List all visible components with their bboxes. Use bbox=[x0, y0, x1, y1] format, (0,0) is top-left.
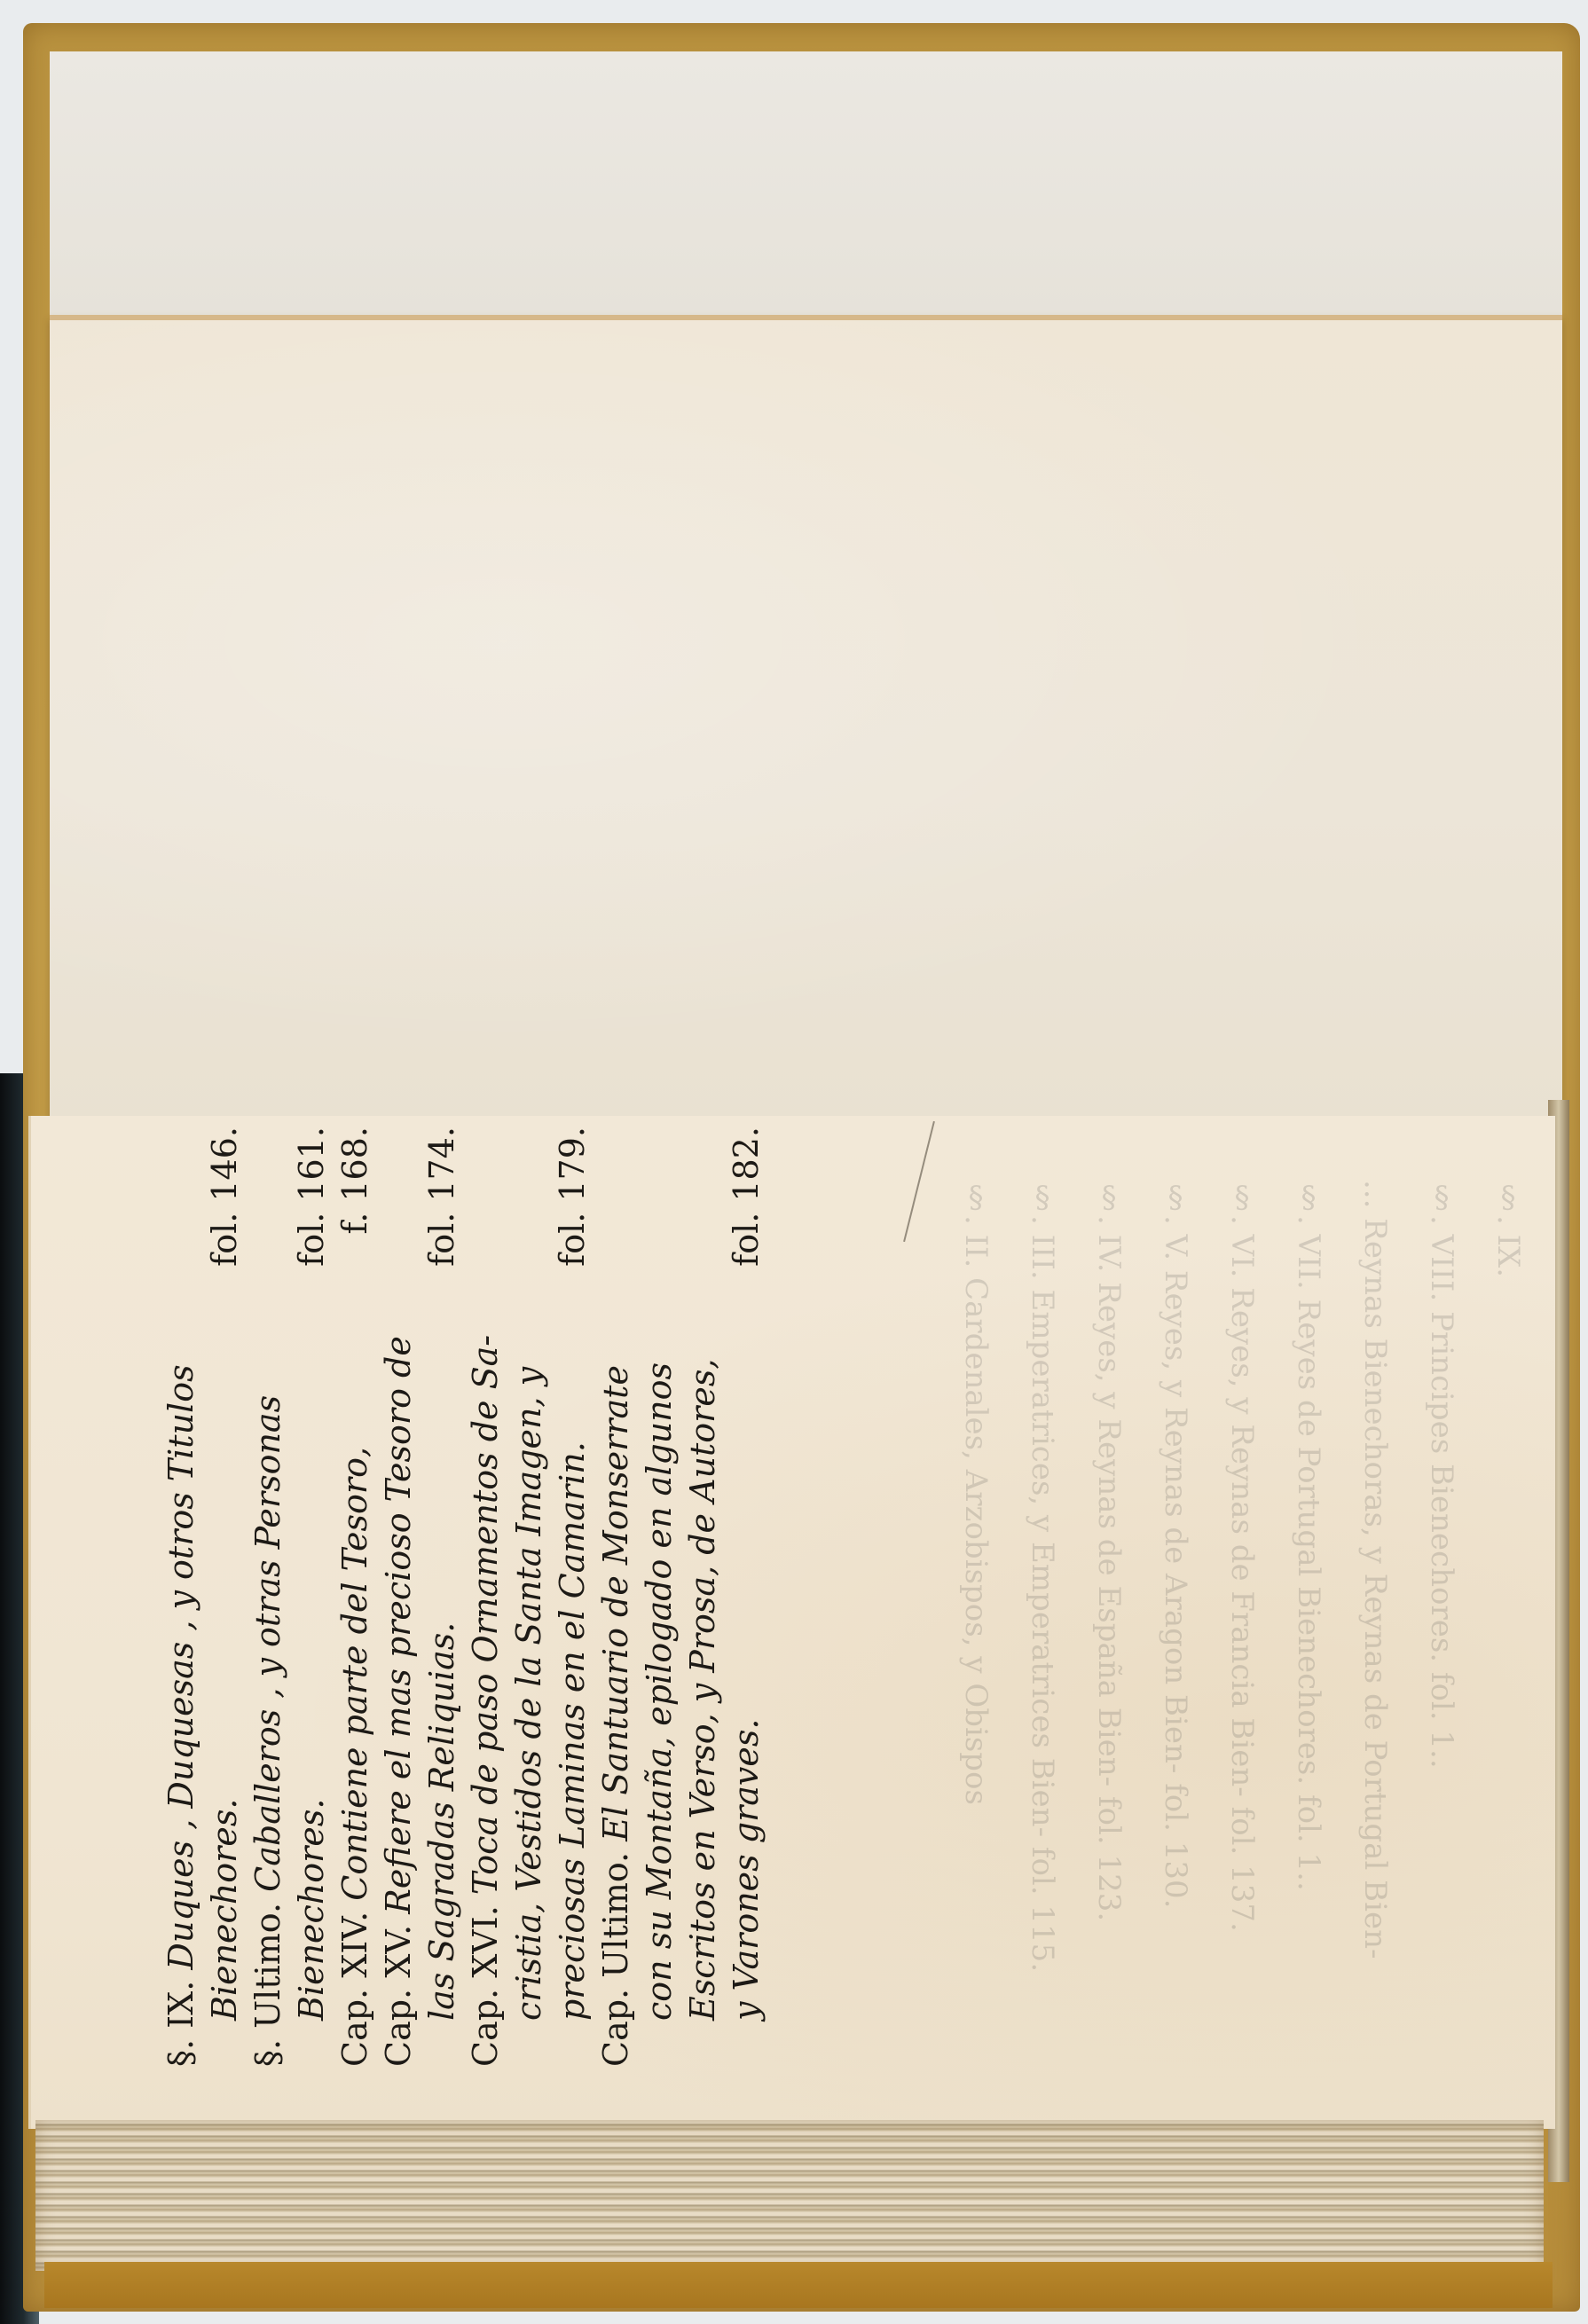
toc-title: Bienechores. bbox=[205, 1799, 244, 2021]
toc-label: Cap. Ultimo. bbox=[596, 1852, 635, 2067]
bleed-line: §. VIII. Principes Bienechores. fol. 1.. bbox=[1424, 1180, 1459, 2031]
toc-title: y Varones graves. bbox=[727, 1719, 766, 2021]
cover-bottom-edge bbox=[44, 2262, 1553, 2308]
flyleaf-underlayer bbox=[50, 51, 1562, 329]
toc-entry-cap-ultimo: Cap. Ultimo. El Santuario de Monserrate bbox=[594, 1127, 638, 2067]
folio-number: fol. 179. bbox=[551, 1127, 594, 1267]
table-of-contents: §. IX. Duques , Duquesas , y otros Titul… bbox=[160, 1127, 861, 2067]
bleed-line: §. VI. Reyes, y Reynas de Francia Bien- … bbox=[1224, 1180, 1260, 2031]
bleed-line: §. III. Emperatrices, y Emperatrices Bie… bbox=[1025, 1180, 1060, 2031]
toc-title: Toca de paso Ornamentos de Sa- bbox=[466, 1335, 505, 1895]
bleed-through-text: §. IX. §. VIII. Principes Bienechores. f… bbox=[852, 1144, 1544, 2031]
toc-title: con su Montaña, epilogado en algunos bbox=[640, 1362, 679, 2021]
toc-title: Caballeros , y otras Personas bbox=[248, 1395, 287, 1892]
toc-entry-cap-xv: Cap. XV. Refiere el mas precioso Tesoro … bbox=[377, 1127, 421, 2067]
toc-label: Cap. XV. bbox=[379, 1925, 418, 2067]
toc-title: Escritos en Verso, y Prosa, de Autores, bbox=[683, 1359, 722, 2021]
folio-number: f. 168. bbox=[334, 1127, 377, 1234]
toc-entry-continuation: preciosas Laminas en el Camarin. fol. 17… bbox=[551, 1127, 594, 2067]
folio-number: fol. 146. bbox=[203, 1127, 247, 1267]
toc-title: cristia, Vestidos de la Santa Imagen, y bbox=[509, 1367, 548, 2021]
blank-flyleaf bbox=[50, 315, 1562, 1130]
toc-entry-section-ultimo: §. Ultimo. Caballeros , y otras Personas bbox=[247, 1127, 290, 2067]
toc-title: Refiere el mas precioso Tesoro de bbox=[379, 1336, 418, 1914]
toc-label: Cap. XIV. bbox=[335, 1912, 374, 2067]
toc-entry-continuation: con su Montaña, epilogado en algunos bbox=[638, 1127, 681, 2067]
folio-number: fol. 161. bbox=[290, 1127, 334, 1267]
bleed-line: §. IX. bbox=[1490, 1180, 1526, 2031]
toc-label: Cap. XVI. bbox=[466, 1905, 505, 2067]
bleed-line: ... Reynas Bienechoras, y Reynas de Port… bbox=[1357, 1180, 1393, 2031]
toc-entry-continuation: cristia, Vestidos de la Santa Imagen, y bbox=[507, 1127, 551, 2067]
folio-number: fol. 182. bbox=[725, 1127, 768, 1267]
toc-label: §. Ultimo. bbox=[248, 1903, 287, 2067]
bleed-line: §. IV. Reyes, y Reynas de España Bien- f… bbox=[1091, 1180, 1127, 2031]
toc-entry-continuation: y Varones graves. fol. 182. bbox=[725, 1127, 768, 2067]
toc-title: El Santuario de Monserrate bbox=[596, 1365, 635, 1841]
toc-title: Bienechores. bbox=[292, 1799, 331, 2021]
toc-entry-section-ix: §. IX. Duques , Duquesas , y otros Titul… bbox=[160, 1127, 203, 2067]
toc-entry-continuation: Bienechores. fol. 161. bbox=[290, 1127, 334, 2067]
toc-label: §. IX. bbox=[161, 1981, 200, 2067]
toc-title: Contiene parte del Tesoro, bbox=[335, 1447, 374, 1901]
bleed-line: §. V. Reyes, y Reynas de Aragon Bien- fo… bbox=[1158, 1180, 1193, 2031]
toc-entry-continuation: las Sagradas Reliquias. fol. 174. bbox=[421, 1127, 464, 2067]
folio-number: fol. 174. bbox=[421, 1127, 464, 1267]
bleed-line: §. VII. Reyes de Portugal Bienechores. f… bbox=[1291, 1180, 1326, 2031]
toc-entry-continuation: Bienechores. fol. 146. bbox=[203, 1127, 247, 2067]
toc-title: preciosas Laminas en el Camarin. bbox=[553, 1441, 592, 2021]
toc-entry-cap-xiv: Cap. XIV. Contiene parte del Tesoro, f. … bbox=[334, 1127, 377, 2067]
bleed-line: §. II. Cardenales, Arzobispos, y Obispos bbox=[958, 1180, 994, 2031]
toc-title: Duques , Duquesas , y otros Titulos bbox=[161, 1364, 200, 1969]
page-block-edges bbox=[35, 2120, 1544, 2271]
toc-title: las Sagradas Reliquias. bbox=[422, 1622, 461, 2021]
toc-entry-continuation: Escritos en Verso, y Prosa, de Autores, bbox=[681, 1127, 725, 2067]
toc-entry-cap-xvi: Cap. XVI. Toca de paso Ornamentos de Sa- bbox=[464, 1127, 507, 2067]
